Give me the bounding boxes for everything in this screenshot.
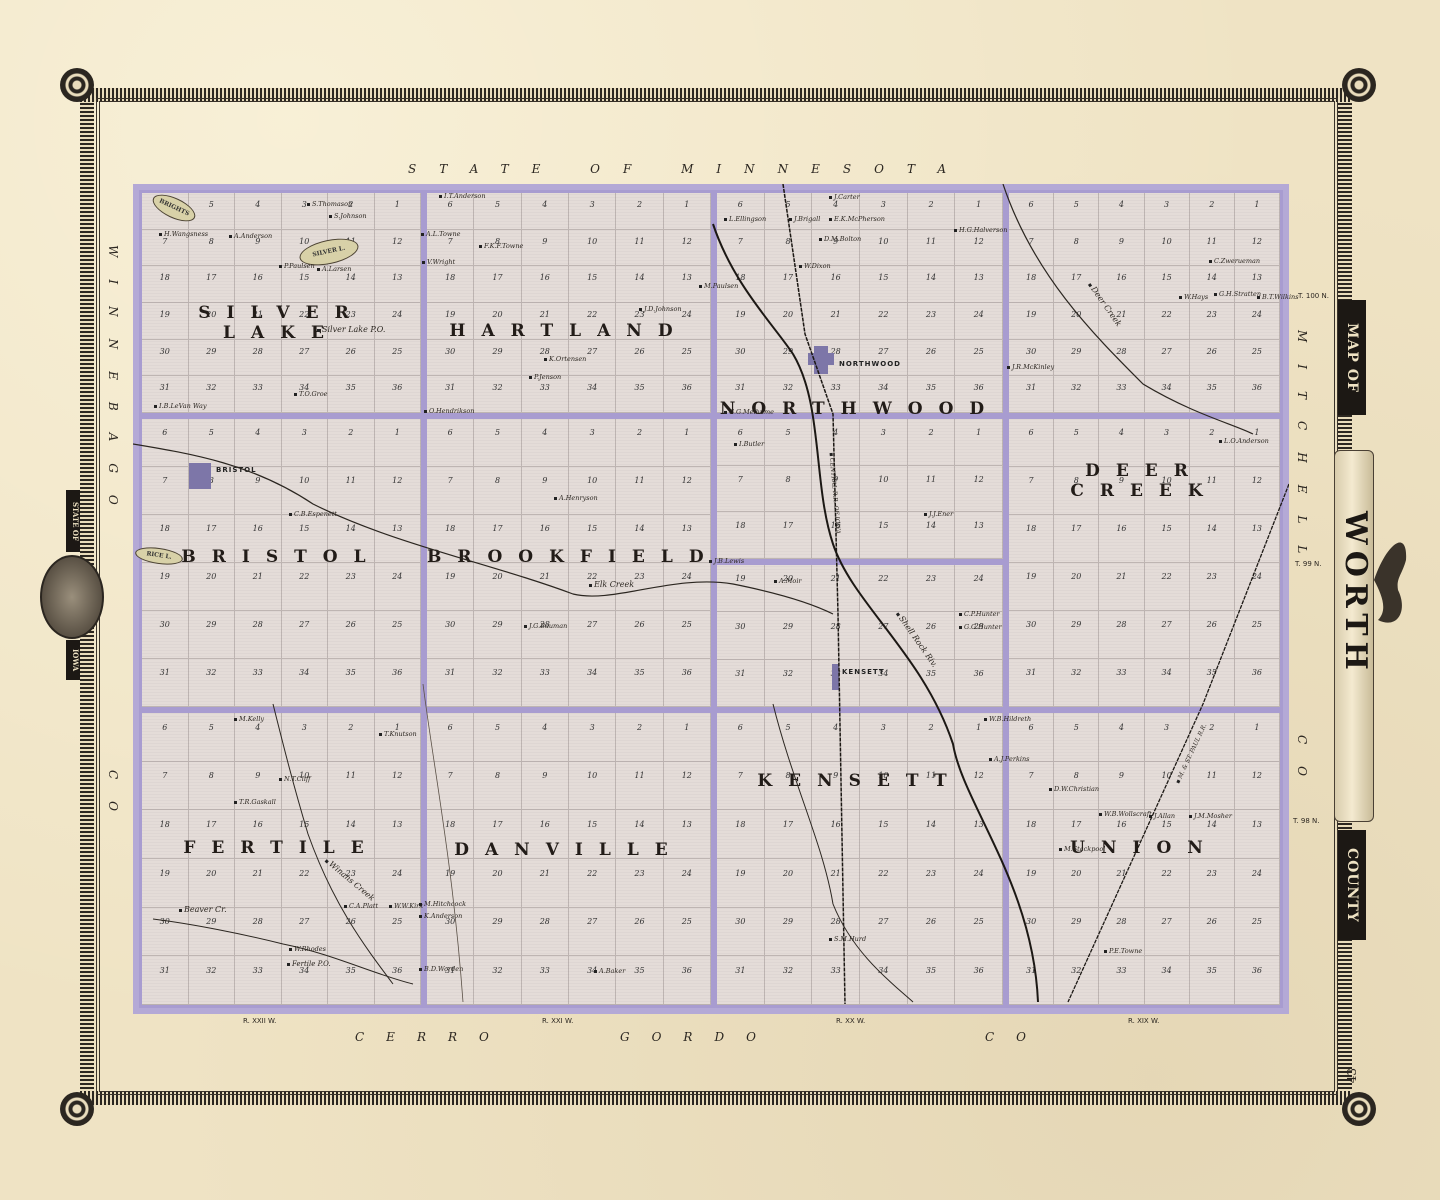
- section-cell: 14: [908, 512, 956, 559]
- label-beaver-creek: Beaver Cr.: [179, 905, 227, 914]
- township-northwood: 6543217891011121817161514131920212223243…: [714, 190, 1006, 416]
- section-number: 23: [926, 869, 936, 878]
- section-number: 29: [492, 347, 502, 356]
- section-cell: 26: [1190, 611, 1235, 659]
- section-cell: 8: [474, 762, 521, 811]
- section-number: 4: [833, 723, 838, 732]
- section-number: 21: [253, 572, 263, 581]
- section-cell: 8: [765, 466, 813, 513]
- section-number: 27: [878, 622, 888, 631]
- resident-label: J.Carter: [829, 193, 860, 201]
- section-cell: 3: [569, 419, 616, 467]
- section-number: 29: [1071, 347, 1081, 356]
- section-number: 2: [1209, 723, 1214, 732]
- section-number: 34: [587, 383, 597, 392]
- section-cell: 35: [616, 376, 663, 413]
- section-number: 25: [392, 917, 402, 926]
- resident-label: I.T.Anderson: [439, 192, 486, 200]
- section-number: 36: [974, 383, 984, 392]
- section-number: 4: [542, 200, 547, 209]
- section-cell: 3: [860, 713, 908, 762]
- section-cell: 31: [717, 956, 765, 1005]
- section-number: 14: [1207, 524, 1217, 533]
- section-number: 29: [492, 620, 502, 629]
- section-number: 14: [346, 524, 356, 533]
- section-number: 7: [448, 476, 453, 485]
- section-cell: 34: [282, 659, 329, 707]
- section-number: 5: [785, 428, 790, 437]
- section-cell: 34: [1145, 376, 1190, 413]
- section-cell: 30: [427, 611, 474, 659]
- township-label-t99: T. 99 N.: [1295, 560, 1322, 568]
- section-cell: 1: [375, 193, 422, 230]
- section-cell: 12: [955, 466, 1003, 513]
- section-cell: 14: [616, 266, 663, 303]
- township-name: HARTLAND: [427, 321, 711, 341]
- section-number: 19: [445, 572, 455, 581]
- section-cell: 30: [142, 611, 189, 659]
- section-cell: 34: [1145, 659, 1190, 707]
- section-number: 32: [783, 383, 793, 392]
- section-cell: 34: [569, 956, 616, 1005]
- section-cell: 19: [427, 563, 474, 611]
- section-cell: 22: [860, 859, 908, 908]
- section-number: 31: [735, 966, 745, 975]
- township-name: BROOKFIELD: [427, 547, 711, 567]
- section-number: 27: [1161, 917, 1171, 926]
- section-cell: 3: [1145, 193, 1190, 230]
- section-number: 30: [1026, 347, 1036, 356]
- label-elk-creek: Elk Creek: [589, 580, 634, 589]
- section-number: 33: [253, 966, 263, 975]
- corner-rosette-icon: [60, 1092, 94, 1126]
- section-cell: 26: [328, 908, 375, 957]
- iowa-state-seal-icon: [40, 555, 104, 639]
- section-cell: 21: [1099, 859, 1144, 908]
- section-cell: 35: [616, 956, 663, 1005]
- section-number: 30: [735, 917, 745, 926]
- section-cell: 23: [908, 565, 956, 612]
- section-cell: 7: [427, 762, 474, 811]
- section-cell: 11: [908, 230, 956, 267]
- section-number: 27: [1161, 347, 1171, 356]
- section-number: 36: [1252, 668, 1262, 677]
- section-cell: 24: [1235, 303, 1280, 340]
- section-cell: 29: [1054, 908, 1099, 957]
- section-number: 17: [206, 820, 216, 829]
- section-cell: 6: [142, 713, 189, 762]
- section-number: 3: [590, 723, 595, 732]
- section-cell: 36: [955, 956, 1003, 1005]
- section-number: 35: [1207, 383, 1217, 392]
- section-number: 19: [735, 310, 745, 319]
- section-cell: 23: [908, 859, 956, 908]
- section-number: 36: [682, 668, 692, 677]
- section-cell: 17: [1054, 515, 1099, 563]
- resident-label: T.R.Gaskall: [234, 798, 276, 806]
- township-kensett-north: 192021222324302928272625313233343536: [714, 562, 1006, 710]
- section-cell: 26: [1190, 908, 1235, 957]
- section-number: 21: [540, 869, 550, 878]
- section-cell: 6: [717, 713, 765, 762]
- section-cell: 20: [189, 563, 236, 611]
- section-number: 35: [634, 966, 644, 975]
- section-number: 26: [926, 347, 936, 356]
- resident-label: W.Hays: [1179, 293, 1208, 301]
- section-number: 24: [392, 572, 402, 581]
- section-cell: 27: [1145, 908, 1190, 957]
- section-number: 34: [1161, 383, 1171, 392]
- section-cell: 13: [375, 266, 422, 303]
- resident-label: P.Jenson: [529, 373, 561, 381]
- section-number: 13: [392, 820, 402, 829]
- section-number: 21: [253, 869, 263, 878]
- section-number: 6: [738, 723, 743, 732]
- section-number: 22: [1161, 869, 1171, 878]
- section-cell: 11: [908, 466, 956, 513]
- section-cell: 35: [1190, 659, 1235, 707]
- kensett-plat: [832, 664, 839, 690]
- section-number: 9: [255, 476, 260, 485]
- section-number: 36: [392, 668, 402, 677]
- section-cell: 13: [955, 512, 1003, 559]
- resident-label: G.G.Hunter: [959, 623, 1002, 631]
- section-cell: 24: [664, 859, 711, 908]
- section-number: 1: [976, 200, 981, 209]
- section-number: 20: [492, 310, 502, 319]
- section-cell: 1: [955, 419, 1003, 466]
- section-number: 15: [587, 273, 597, 282]
- section-cell: 5: [1054, 419, 1099, 467]
- section-number: 17: [206, 524, 216, 533]
- section-number: 9: [1119, 771, 1124, 780]
- section-cell: 5: [1054, 713, 1099, 762]
- township-name: DANVILLE: [427, 840, 711, 860]
- section-cell: 20: [1054, 563, 1099, 611]
- section-cell: 33: [1099, 376, 1144, 413]
- section-cell: 24: [664, 563, 711, 611]
- section-number: 21: [1116, 572, 1126, 581]
- section-cell: 3: [282, 713, 329, 762]
- section-number: 36: [1252, 966, 1262, 975]
- section-number: 28: [540, 917, 550, 926]
- section-cell: 21: [235, 859, 282, 908]
- section-number: 13: [974, 820, 984, 829]
- resident-label: J.M.Mosher: [1189, 812, 1232, 820]
- section-number: 19: [1026, 869, 1036, 878]
- section-number: 13: [682, 524, 692, 533]
- section-number: 33: [831, 383, 841, 392]
- section-number: 10: [878, 237, 888, 246]
- section-cell: 20: [474, 563, 521, 611]
- section-number: 16: [253, 524, 263, 533]
- section-cell: 36: [375, 956, 422, 1005]
- section-cell: 6: [717, 193, 765, 230]
- resident-label: W.Dixon: [799, 262, 831, 270]
- range-label-xxii: R. XXII W.: [243, 1017, 276, 1025]
- section-number: 17: [1071, 273, 1081, 282]
- section-cell: 10: [1145, 230, 1190, 267]
- section-cell: 9: [522, 467, 569, 515]
- section-cell: 5: [474, 713, 521, 762]
- section-cell: 6: [427, 419, 474, 467]
- section-cell: 36: [375, 659, 422, 707]
- section-cell: 20: [1054, 303, 1099, 340]
- section-number: 24: [682, 310, 692, 319]
- section-number: 23: [634, 869, 644, 878]
- section-number: 2: [637, 723, 642, 732]
- section-cell: 26: [1190, 340, 1235, 377]
- section-number: 20: [492, 869, 502, 878]
- section-cell: 30: [427, 340, 474, 377]
- section-cell: 2: [328, 713, 375, 762]
- section-cell: 16: [812, 810, 860, 859]
- resident-label: G.H.Stratten: [1214, 290, 1261, 298]
- section-cell: 11: [1190, 762, 1235, 811]
- section-cell: 22: [1145, 563, 1190, 611]
- section-number: 21: [540, 572, 550, 581]
- section-number: 14: [926, 820, 936, 829]
- section-cell: 18: [427, 266, 474, 303]
- township-name: BRISTOL: [142, 547, 421, 567]
- section-number: 34: [878, 383, 888, 392]
- north-border-label: STATE OF MINNESOTA: [408, 162, 969, 176]
- section-number: 15: [299, 820, 309, 829]
- section-number: 25: [682, 917, 692, 926]
- section-number: 19: [445, 310, 455, 319]
- section-cell: 27: [860, 908, 908, 957]
- section-cell: 28: [812, 908, 860, 957]
- section-number: 30: [160, 917, 170, 926]
- resident-label: C.Zwerueman: [1209, 257, 1260, 265]
- section-number: 11: [346, 476, 356, 485]
- south-border-label-2: GORDO: [620, 1030, 778, 1044]
- section-number: 19: [1026, 572, 1036, 581]
- township-fertile: 6543217891011121817161514131920212223243…: [139, 710, 424, 1008]
- town-bristol: BRISTOL: [216, 466, 257, 474]
- section-number: 33: [1116, 383, 1126, 392]
- section-number: 18: [160, 524, 170, 533]
- section-number: 18: [1026, 273, 1036, 282]
- section-number: 17: [1071, 524, 1081, 533]
- section-cell: 27: [282, 340, 329, 377]
- section-number: 29: [206, 620, 216, 629]
- section-number: 28: [1116, 347, 1126, 356]
- section-cell: 28: [1099, 340, 1144, 377]
- section-cell: 36: [375, 376, 422, 413]
- section-cell: 14: [1190, 515, 1235, 563]
- section-cell: 33: [522, 956, 569, 1005]
- resident-label: J.Brigall: [789, 215, 820, 223]
- section-number: 22: [1161, 310, 1171, 319]
- section-cell: 3: [569, 713, 616, 762]
- section-number: 9: [542, 237, 547, 246]
- resident-label: A.Baker: [594, 967, 625, 975]
- section-number: 3: [881, 428, 886, 437]
- section-cell: 28: [235, 611, 282, 659]
- section-cell: 29: [474, 908, 521, 957]
- resident-label: V.Wright: [422, 258, 455, 266]
- section-cell: 29: [765, 612, 813, 659]
- section-number: 16: [1116, 273, 1126, 282]
- resident-label: S.Thomason: [307, 200, 352, 208]
- range-label-xxi: R. XXI W.: [542, 1017, 573, 1025]
- range-label-xix: R. XIX W.: [1128, 1017, 1159, 1025]
- section-cell: 24: [1235, 563, 1280, 611]
- section-number: 7: [1029, 771, 1034, 780]
- section-cell: 24: [955, 303, 1003, 340]
- section-number: 32: [206, 668, 216, 677]
- section-number: 10: [299, 476, 309, 485]
- section-number: 19: [160, 869, 170, 878]
- section-cell: 5: [1054, 193, 1099, 230]
- section-cell: 5: [189, 419, 236, 467]
- section-number: 24: [1252, 572, 1262, 581]
- section-cell: 29: [1054, 340, 1099, 377]
- south-border-label-1: CERRO: [355, 1030, 511, 1044]
- section-cell: 20: [1054, 859, 1099, 908]
- section-cell: 25: [955, 908, 1003, 957]
- section-number: 33: [540, 383, 550, 392]
- section-number: 4: [1119, 723, 1124, 732]
- section-cell: 21: [235, 563, 282, 611]
- section-number: 5: [495, 428, 500, 437]
- resident-label: F.K.F.Towne: [479, 242, 523, 250]
- section-number: 29: [492, 917, 502, 926]
- section-number: 7: [448, 771, 453, 780]
- section-number: 25: [974, 917, 984, 926]
- section-number: 13: [682, 820, 692, 829]
- section-number: 7: [448, 237, 453, 246]
- section-number: 33: [540, 966, 550, 975]
- section-number: 30: [160, 620, 170, 629]
- section-number: 8: [1074, 771, 1079, 780]
- section-cell: 4: [522, 713, 569, 762]
- section-number: 6: [1029, 200, 1034, 209]
- section-number: 16: [831, 820, 841, 829]
- section-number: 13: [1252, 524, 1262, 533]
- section-cell: 20: [474, 859, 521, 908]
- township-name: SILVER LAKE: [142, 303, 421, 343]
- section-cell: 4: [812, 419, 860, 466]
- section-cell: 24: [375, 859, 422, 908]
- resident-label: H.Wangsness: [159, 230, 208, 238]
- section-cell: 32: [1054, 376, 1099, 413]
- section-number: 24: [682, 572, 692, 581]
- section-number: 31: [445, 668, 455, 677]
- section-cell: 16: [235, 266, 282, 303]
- section-cell: 22: [282, 563, 329, 611]
- section-cell: 9: [1099, 762, 1144, 811]
- section-cell: 22: [860, 303, 908, 340]
- section-number: 31: [735, 669, 745, 678]
- section-number: 5: [1074, 428, 1079, 437]
- section-cell: 26: [616, 611, 663, 659]
- resident-label: L.O.Anderson: [1219, 437, 1269, 445]
- section-cell: 28: [522, 611, 569, 659]
- section-cell: 26: [908, 340, 956, 377]
- section-number: 35: [926, 669, 936, 678]
- section-cell: 3: [282, 419, 329, 467]
- section-cell: 3: [860, 193, 908, 230]
- section-cell: 35: [328, 376, 375, 413]
- section-cell: 29: [765, 908, 813, 957]
- section-number: 21: [831, 310, 841, 319]
- eagle-icon: [1368, 520, 1412, 640]
- section-number: 15: [878, 273, 888, 282]
- section-cell: 26: [616, 908, 663, 957]
- section-number: 36: [1252, 383, 1262, 392]
- section-cell: 5: [189, 713, 236, 762]
- section-cell: 25: [955, 340, 1003, 377]
- section-number: 11: [346, 771, 356, 780]
- section-number: 31: [1026, 383, 1036, 392]
- section-number: 29: [1071, 917, 1081, 926]
- township-name: UNION: [1009, 838, 1280, 858]
- section-number: 18: [1026, 820, 1036, 829]
- section-cell: 19: [717, 859, 765, 908]
- section-cell: 17: [765, 810, 813, 859]
- section-number: 3: [1164, 200, 1169, 209]
- section-cell: 8: [474, 467, 521, 515]
- section-number: 26: [926, 917, 936, 926]
- section-number: 29: [783, 347, 793, 356]
- section-number: 23: [1207, 572, 1217, 581]
- section-number: 8: [785, 237, 790, 246]
- township-danville: 6543217891011121817161514131920212223243…: [424, 710, 714, 1008]
- section-cell: 11: [616, 762, 663, 811]
- section-number: 6: [162, 723, 167, 732]
- section-number: 26: [1207, 347, 1217, 356]
- section-cell: 11: [328, 762, 375, 811]
- section-number: 3: [881, 723, 886, 732]
- section-cell: 5: [765, 713, 813, 762]
- resident-label: J.G.Bauman: [524, 622, 567, 630]
- section-cell: 25: [664, 908, 711, 957]
- section-cell: 31: [1009, 376, 1054, 413]
- resident-label: I.B.LeVan Way: [154, 402, 207, 410]
- section-cell: 25: [1235, 611, 1280, 659]
- section-cell: 32: [474, 659, 521, 707]
- section-number: 32: [492, 668, 502, 677]
- section-cell: 36: [664, 956, 711, 1005]
- section-number: 23: [926, 574, 936, 583]
- section-number: 2: [928, 200, 933, 209]
- section-cell: 36: [664, 659, 711, 707]
- section-number: 27: [587, 917, 597, 926]
- section-number: 5: [1074, 200, 1079, 209]
- section-cell: 20: [765, 303, 813, 340]
- section-number: 8: [495, 771, 500, 780]
- section-number: 16: [540, 820, 550, 829]
- section-number: 21: [540, 310, 550, 319]
- section-number: 35: [1207, 668, 1217, 677]
- section-number: 5: [209, 723, 214, 732]
- section-number: 22: [587, 310, 597, 319]
- section-number: 3: [590, 428, 595, 437]
- section-cell: 10: [282, 762, 329, 811]
- section-cell: 35: [328, 956, 375, 1005]
- section-number: 21: [1116, 869, 1126, 878]
- section-cell: 17: [474, 266, 521, 303]
- section-number: 34: [1161, 966, 1171, 975]
- section-cell: 26: [328, 340, 375, 377]
- bristol-plat: [189, 463, 211, 489]
- section-number: 21: [831, 869, 841, 878]
- section-number: 32: [206, 966, 216, 975]
- town-fertile-po: Fertile P.O.: [287, 960, 331, 968]
- section-cell: 2: [616, 713, 663, 762]
